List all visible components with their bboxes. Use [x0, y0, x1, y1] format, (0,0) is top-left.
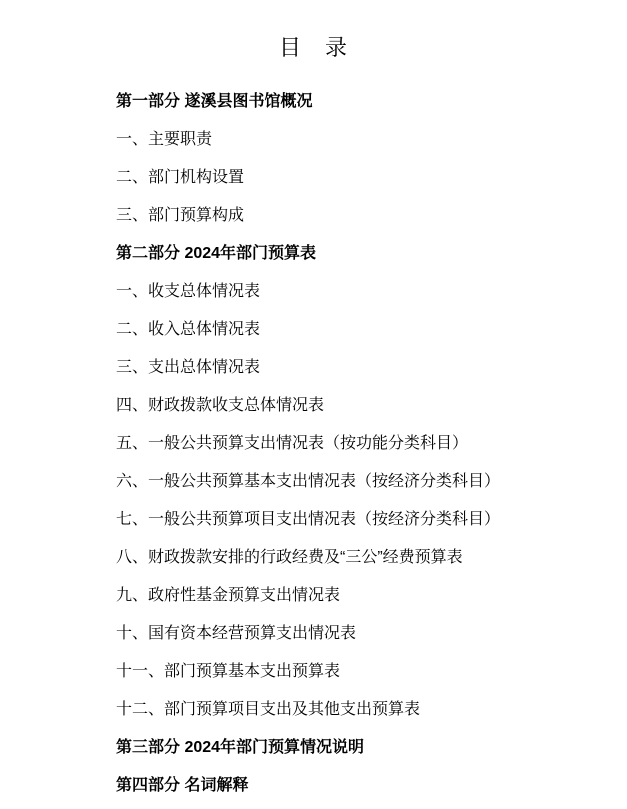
toc-item: 八、财政拨款安排的行政经费及“三公”经费预算表	[116, 548, 617, 568]
toc-item: 九、政府性基金预算支出情况表	[116, 586, 617, 606]
toc-item: 二、部门机构设置	[116, 168, 617, 188]
document-page: 目 录 第一部分 遂溪县图书馆概况一、主要职责二、部门机构设置三、部门预算构成第…	[0, 0, 627, 809]
toc-item: 三、部门预算构成	[116, 206, 617, 226]
toc-item: 六、一般公共预算基本支出情况表（按经济分类科目）	[116, 472, 617, 492]
toc-item: 一、收支总体情况表	[116, 282, 617, 302]
toc-item: 三、支出总体情况表	[116, 358, 617, 378]
toc-part-heading: 第一部分 遂溪县图书馆概况	[116, 92, 617, 112]
page-title: 目 录	[0, 34, 627, 62]
toc-item: 十一、部门预算基本支出预算表	[116, 662, 617, 682]
toc-part-heading: 第四部分 名词解释	[116, 776, 617, 796]
toc-item: 一、主要职责	[116, 130, 617, 150]
toc-part-heading: 第三部分 2024年部门预算情况说明	[116, 738, 617, 758]
toc-item: 十二、部门预算项目支出及其他支出预算表	[116, 700, 617, 720]
toc-item: 十、国有资本经营预算支出情况表	[116, 624, 617, 644]
toc-item: 七、一般公共预算项目支出情况表（按经济分类科目）	[116, 510, 617, 530]
toc-list: 第一部分 遂溪县图书馆概况一、主要职责二、部门机构设置三、部门预算构成第二部分 …	[0, 92, 627, 796]
toc-item: 四、财政拨款收支总体情况表	[116, 396, 617, 416]
toc-item: 五、一般公共预算支出情况表（按功能分类科目）	[116, 434, 617, 454]
toc-item: 二、收入总体情况表	[116, 320, 617, 340]
toc-part-heading: 第二部分 2024年部门预算表	[116, 244, 617, 264]
